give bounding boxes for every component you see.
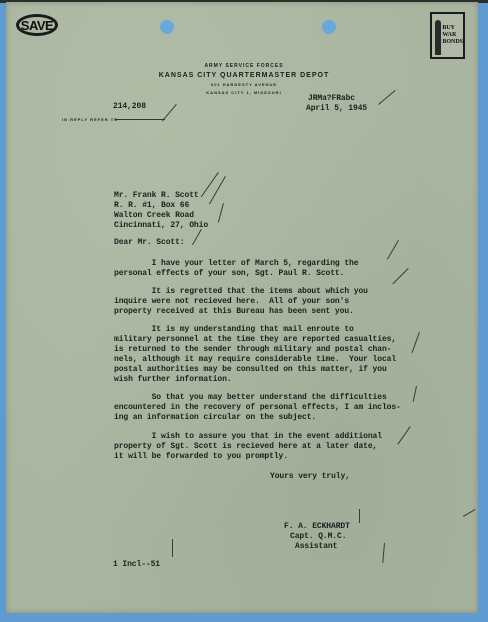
minuteman-figure-icon bbox=[435, 20, 441, 55]
stamp-line: WAR bbox=[442, 32, 463, 39]
stamp-line: BONDS bbox=[442, 39, 463, 46]
recipient-city: Cincinnati, 27, Ohio bbox=[114, 221, 208, 232]
paragraph-1-line: I have your letter of March 5, regarding… bbox=[114, 259, 358, 270]
paragraph-3-line: It is my understanding that mail enroute… bbox=[114, 325, 354, 336]
signature-rank: Capt. Q.M.C. bbox=[290, 532, 346, 543]
reference-number: 214,208 bbox=[113, 102, 146, 113]
letterhead-org: ARMY SERVICE FORCES bbox=[0, 63, 488, 69]
reference-initials: JRMa?FRabc bbox=[308, 94, 355, 105]
paragraph-2-line: property received at this Bureau has bee… bbox=[114, 307, 354, 318]
check-mark bbox=[172, 539, 173, 557]
reference-underline bbox=[115, 119, 165, 120]
paragraph-4-line: encountered in the recovery of personal … bbox=[114, 403, 401, 414]
letterhead-city: KANSAS CITY 1, MISSOURI bbox=[0, 90, 488, 95]
paragraph-3-line: is returned to the sender through milita… bbox=[114, 345, 391, 356]
check-mark bbox=[359, 509, 360, 523]
signature-title: Assistant bbox=[295, 542, 337, 553]
paragraph-2-line: It is regretted that the items about whi… bbox=[114, 287, 368, 298]
punch-hole-right bbox=[322, 20, 336, 34]
paragraph-3-line: nels, although it may require considerab… bbox=[114, 355, 396, 366]
paragraph-5-line: it will be forwarded to you promptly. bbox=[114, 452, 288, 463]
paragraph-3-line: wish further information. bbox=[114, 375, 232, 386]
reply-refer-label: IN REPLY REFER TO bbox=[62, 117, 118, 122]
letterhead-depot: KANSAS CITY QUARTERMASTER DEPOT bbox=[0, 72, 488, 79]
letter-date: April 5, 1945 bbox=[306, 104, 367, 115]
signature-name: F. A. ECKHARDT bbox=[284, 522, 350, 533]
war-bonds-stamp-icon: BUY WAR BONDS bbox=[430, 12, 465, 59]
paragraph-4-line: So that you may better understand the di… bbox=[114, 393, 387, 404]
paragraph-5-line: property of Sgt. Scott is recieved here … bbox=[114, 442, 377, 453]
letterhead-street: 601 HARDESTY AVENUE bbox=[0, 82, 488, 87]
punch-hole-left bbox=[160, 20, 174, 34]
paragraph-3-line: military personnel at the time they are … bbox=[114, 335, 396, 346]
stamp-line: BUY bbox=[442, 25, 463, 32]
paragraph-1-line: personal effects of your son, Sgt. Paul … bbox=[114, 269, 344, 280]
recipient-street: Walton Creek Road bbox=[114, 211, 194, 222]
paragraph-4-line: ing an information circular on the subje… bbox=[114, 413, 316, 424]
enclosure-note: 1 Incl--51 bbox=[113, 560, 160, 571]
closing: Yours very truly, bbox=[270, 472, 350, 483]
paragraph-3-line: postal authorities may be consulted on t… bbox=[114, 365, 387, 376]
salutation: Dear Mr. Scott: bbox=[114, 238, 185, 249]
recipient-name: Mr. Frank R. Scott bbox=[114, 191, 199, 202]
recipient-route: R. R. #1, Box 66 bbox=[114, 201, 189, 212]
paragraph-5-line: I wish to assure you that in the event a… bbox=[114, 432, 382, 443]
save-logo-icon: SAVE bbox=[16, 14, 58, 36]
paragraph-2-line: inquire were not recieved here. All of y… bbox=[114, 297, 349, 308]
